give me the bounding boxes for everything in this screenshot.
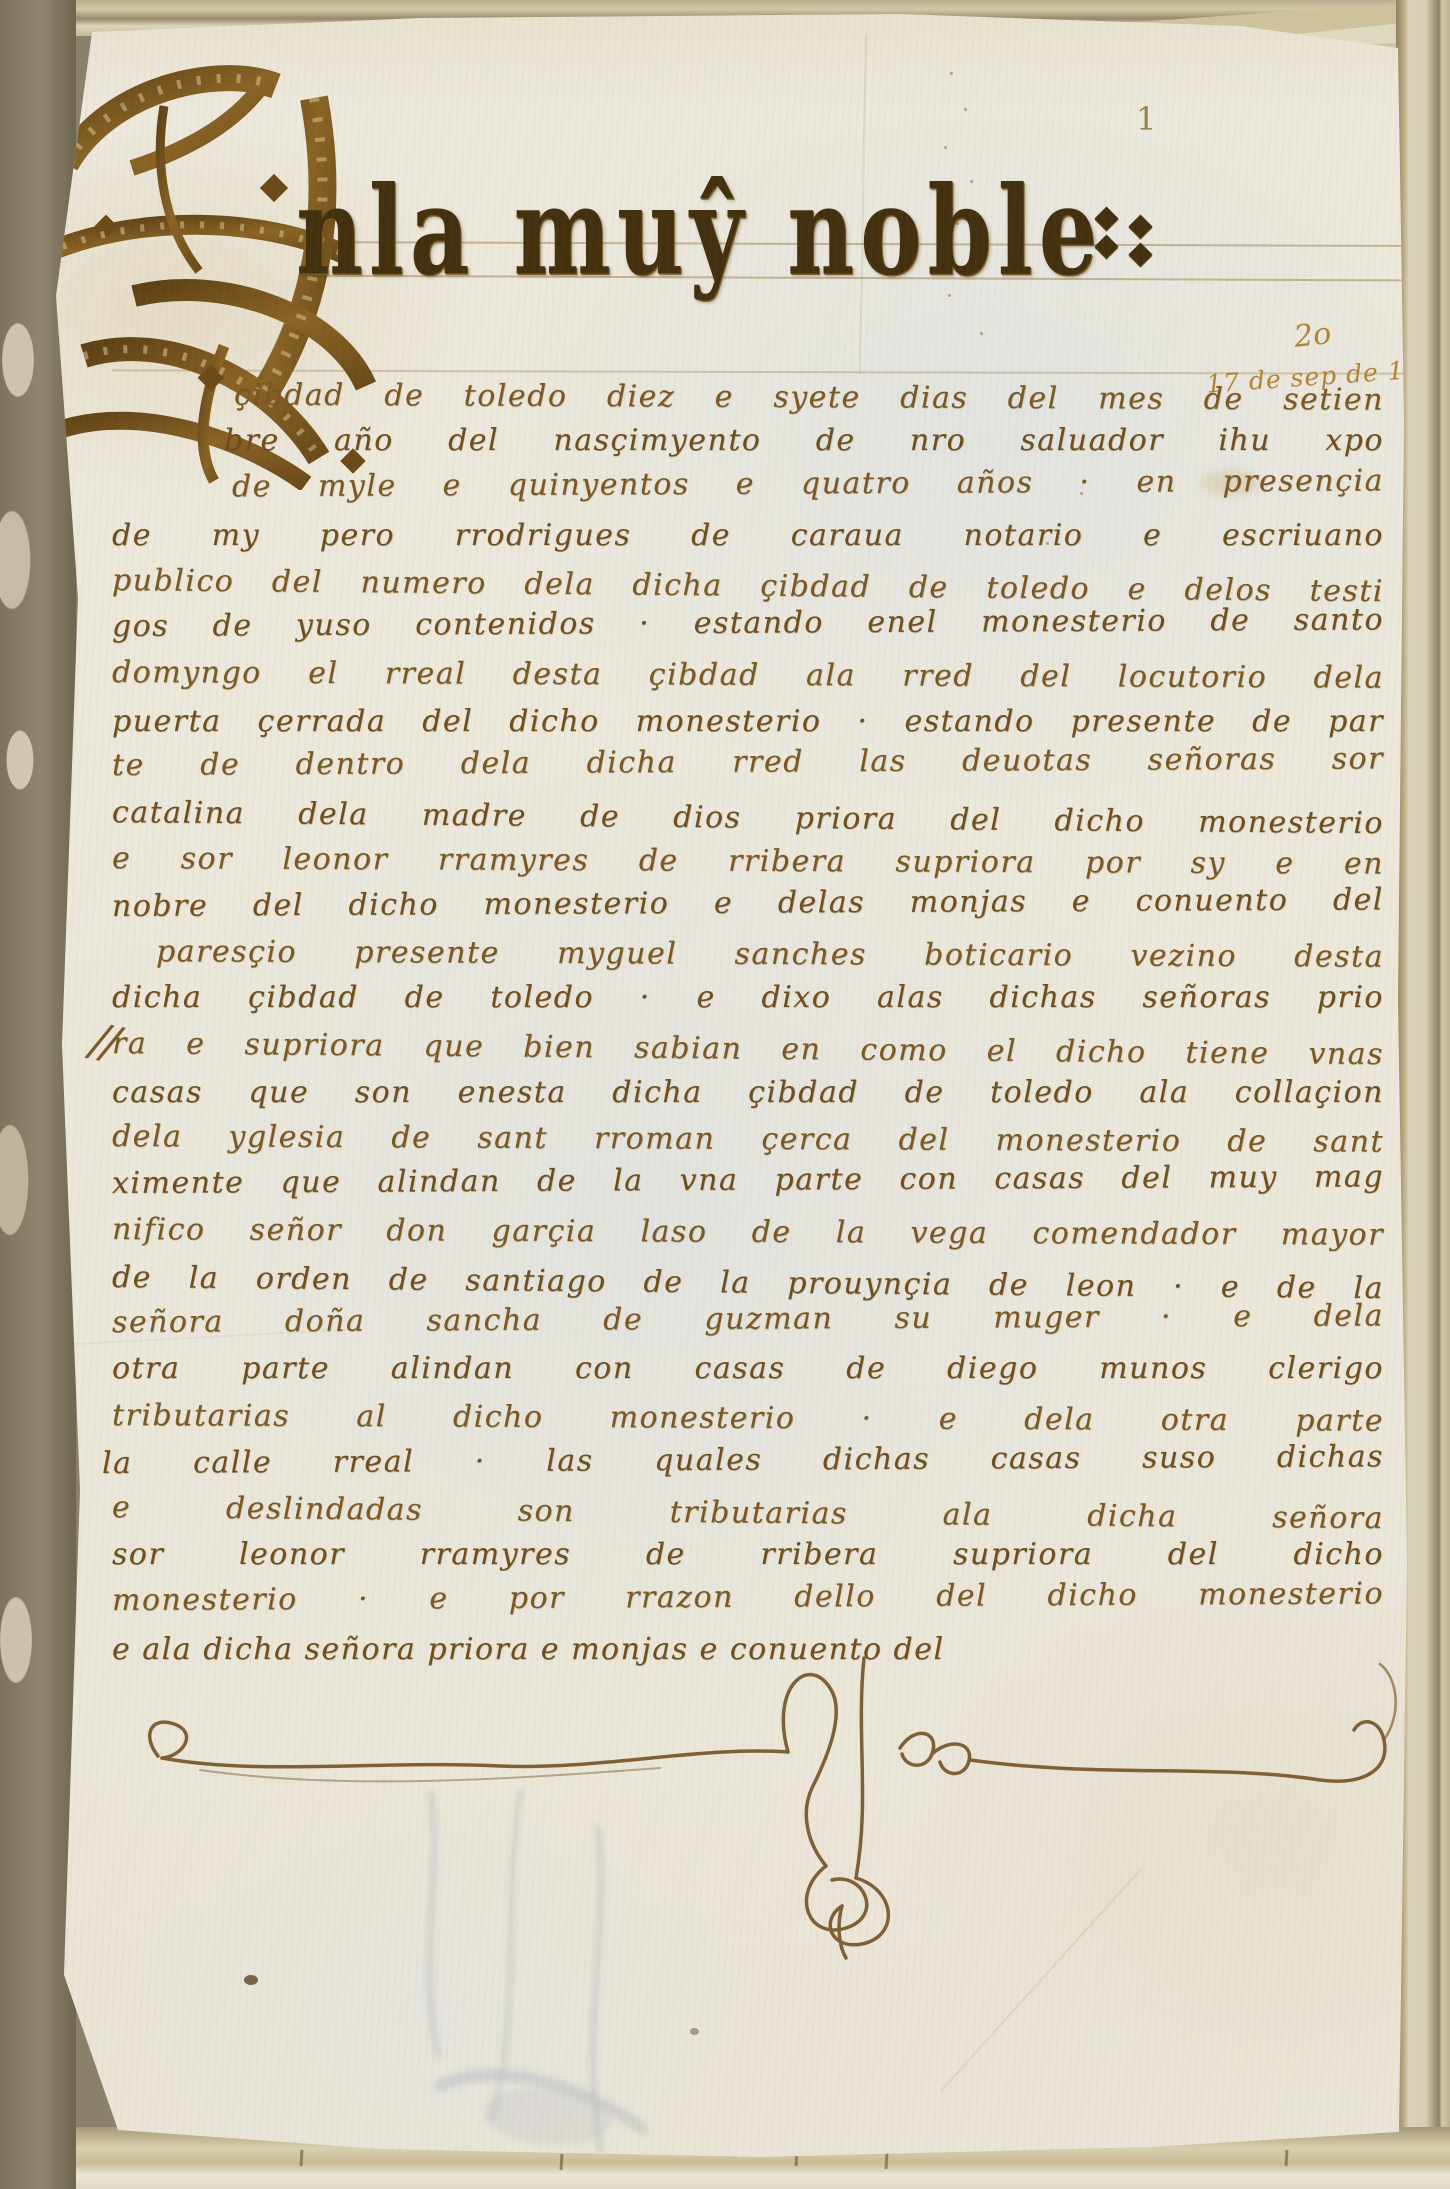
manuscript-text-line: monesterio · e por rrazon dello del dich… — [112, 1571, 1384, 1624]
diamond-dot-icon — [1128, 214, 1152, 238]
manuscript-text-line: la calle rreal · las quales dichas casas… — [102, 1434, 1384, 1487]
manuscript-text-line: bre año del nasçimyento de nro saluador … — [112, 418, 1384, 464]
ruled-guideline — [298, 241, 1404, 247]
manuscript-text-line: de my pero rrodrigues de caraua notario … — [112, 513, 1384, 559]
margin-annotation: 2o — [1292, 316, 1333, 355]
stain-spot — [690, 2028, 699, 2035]
manuscript-text-line: de la orden de santiago de la prouynçia … — [112, 1255, 1384, 1312]
manuscript-text-line: dela yglesia de sant rroman çerca del mo… — [112, 1114, 1384, 1166]
body-text-block: çibdad de toledo diez e syete dias del m… — [112, 372, 1384, 1671]
manuscript-leaf: 1 2o 17 de sep de 1504 — [0, 0, 1450, 2189]
manuscript-text-line: domyngo el rreal desta çibdad ala rred d… — [112, 650, 1384, 702]
manuscript-text-line: casas que son enesta dicha çibdad de tol… — [112, 1070, 1384, 1116]
manuscript-text-line: dicha çibdad de toledo · e dixo alas dic… — [112, 975, 1384, 1021]
diamond-dot-icon — [1094, 234, 1118, 258]
closing-flourish-rubric — [140, 1628, 1420, 1962]
manuscript-text-line: señora doña sancha de guzman su muger · … — [112, 1293, 1384, 1346]
manuscript-text-line: otra parte alindan con casas de diego mu… — [112, 1346, 1384, 1392]
heading-terminal-flourish — [1092, 208, 1172, 288]
manuscript-text-line: catalina dela madre de dios priora del d… — [112, 790, 1384, 847]
manuscript-text-line: nobre del dicho monesterio e delas monja… — [112, 878, 1384, 931]
diamond-dot-icon — [1094, 206, 1118, 230]
folio-number: 1 — [1136, 100, 1156, 138]
manuscript-text-line: gos de yuso contenidos · estando enel mo… — [112, 597, 1384, 650]
crease-line — [859, 34, 867, 374]
manuscript-text-line: e sor leonor rramyres de rribera suprior… — [112, 836, 1384, 888]
notarial-sign-knot — [783, 1675, 836, 1866]
manuscript-text-line: sor leonor rramyres de rribera supriora … — [112, 1532, 1384, 1578]
diamond-dot-icon — [1128, 242, 1152, 266]
ruled-guideline — [298, 275, 1404, 282]
margin-date-annotation: 17 de sep de 1504 — [1205, 354, 1426, 398]
manuscript-text-line: ra e supriora que bien sabian en como el… — [112, 1021, 1384, 1078]
verso-ink-showthrough — [339, 1748, 802, 2184]
stain-spot — [244, 1975, 258, 1985]
manuscript-text-line: de myle e quinyentos e quatro años · en … — [112, 458, 1384, 511]
heading-text: nla muŷ noble — [296, 160, 1103, 303]
manuscript-text-line: tributarias al dicho monesterio · e dela… — [112, 1393, 1384, 1445]
ruled-guideline — [112, 369, 1404, 374]
manuscript-text-line: te de dentro dela dicha rred las deuotas… — [112, 736, 1384, 789]
manuscript-text-line: publico del numero dela dicha çibdad de … — [112, 558, 1384, 615]
manuscript-text-line: ximente que alindan de la vna parte con … — [112, 1154, 1384, 1207]
crease-line — [940, 1868, 1142, 2092]
calligraphic-initial-cadel: E — [14, 46, 446, 490]
left-margin-mark: // — [87, 1012, 121, 1070]
manuscript-text-line: e ala dicha señora priora e monjas e con… — [112, 1627, 1206, 1673]
manuscript-photo: 1 2o 17 de sep de 1504 — [0, 0, 1450, 2189]
manuscript-text-line: nifico señor don garçia laso de la vega … — [112, 1207, 1384, 1259]
manuscript-text-line: puerta çerrada del dicho monesterio · es… — [112, 699, 1384, 745]
manuscript-text-line: çibdad de toledo diez e syete dias del m… — [112, 372, 1384, 424]
stain-spot — [1200, 470, 1260, 496]
manuscript-text-line: e deslindadas son tributarias ala dicha … — [112, 1485, 1384, 1542]
pricking-dots — [950, 72, 953, 75]
manuscript-text-line: paresçio presente myguel sanches boticar… — [112, 929, 1384, 981]
page-stack-edge-right — [1396, 0, 1450, 2189]
